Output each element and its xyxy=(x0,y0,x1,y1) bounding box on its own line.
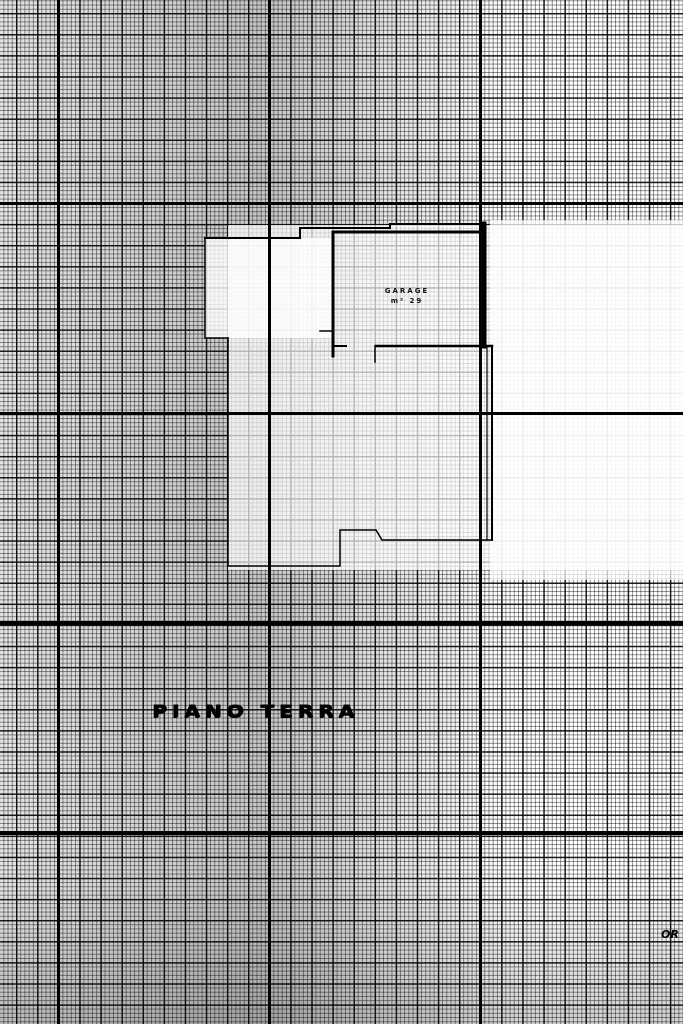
floor-plan-walls xyxy=(0,0,683,1024)
room-name: GARAGE xyxy=(362,286,452,296)
cropped-edge-text: OR xyxy=(661,928,679,941)
room-label-garage: GARAGE m² 29 xyxy=(362,286,452,306)
room-area: m² 29 xyxy=(362,296,452,306)
graph-paper-sheet: GARAGE m² 29 PIANO TERRA OR xyxy=(0,0,683,1024)
floor-title: PIANO TERRA xyxy=(152,701,359,721)
